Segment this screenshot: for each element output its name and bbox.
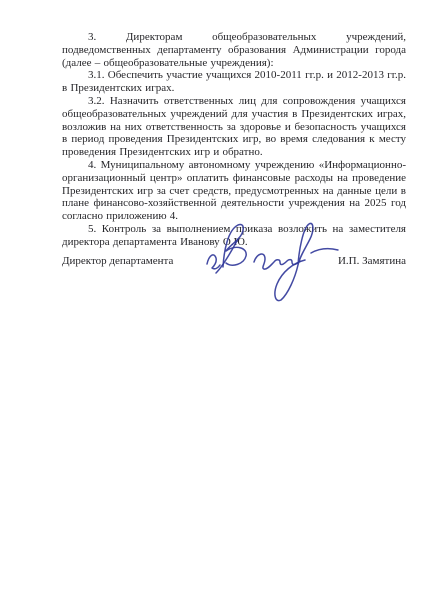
paragraph-3: 3. Директорам общеобразовательных учрежд… bbox=[62, 31, 406, 69]
paragraph-3-1: 3.1. Обеспечить участие учащихся 2010-20… bbox=[62, 69, 406, 95]
document-body: 3. Директорам общеобразовательных учрежд… bbox=[62, 31, 406, 249]
signer-position-label: Директор департамента bbox=[62, 255, 173, 268]
signer-name: И.П. Замятина bbox=[338, 255, 406, 268]
document-page: 3. Директорам общеобразовательных учрежд… bbox=[0, 0, 424, 599]
paragraph-3-2: 3.2. Назначить ответственных лиц для соп… bbox=[62, 95, 406, 159]
paragraph-5: 5. Контроль за выполнением приказа возло… bbox=[62, 223, 406, 249]
signature-block: Директор департамента И.П. Замятина bbox=[62, 255, 406, 268]
paragraph-4: 4. Муниципальному автономному учреждению… bbox=[62, 159, 406, 223]
